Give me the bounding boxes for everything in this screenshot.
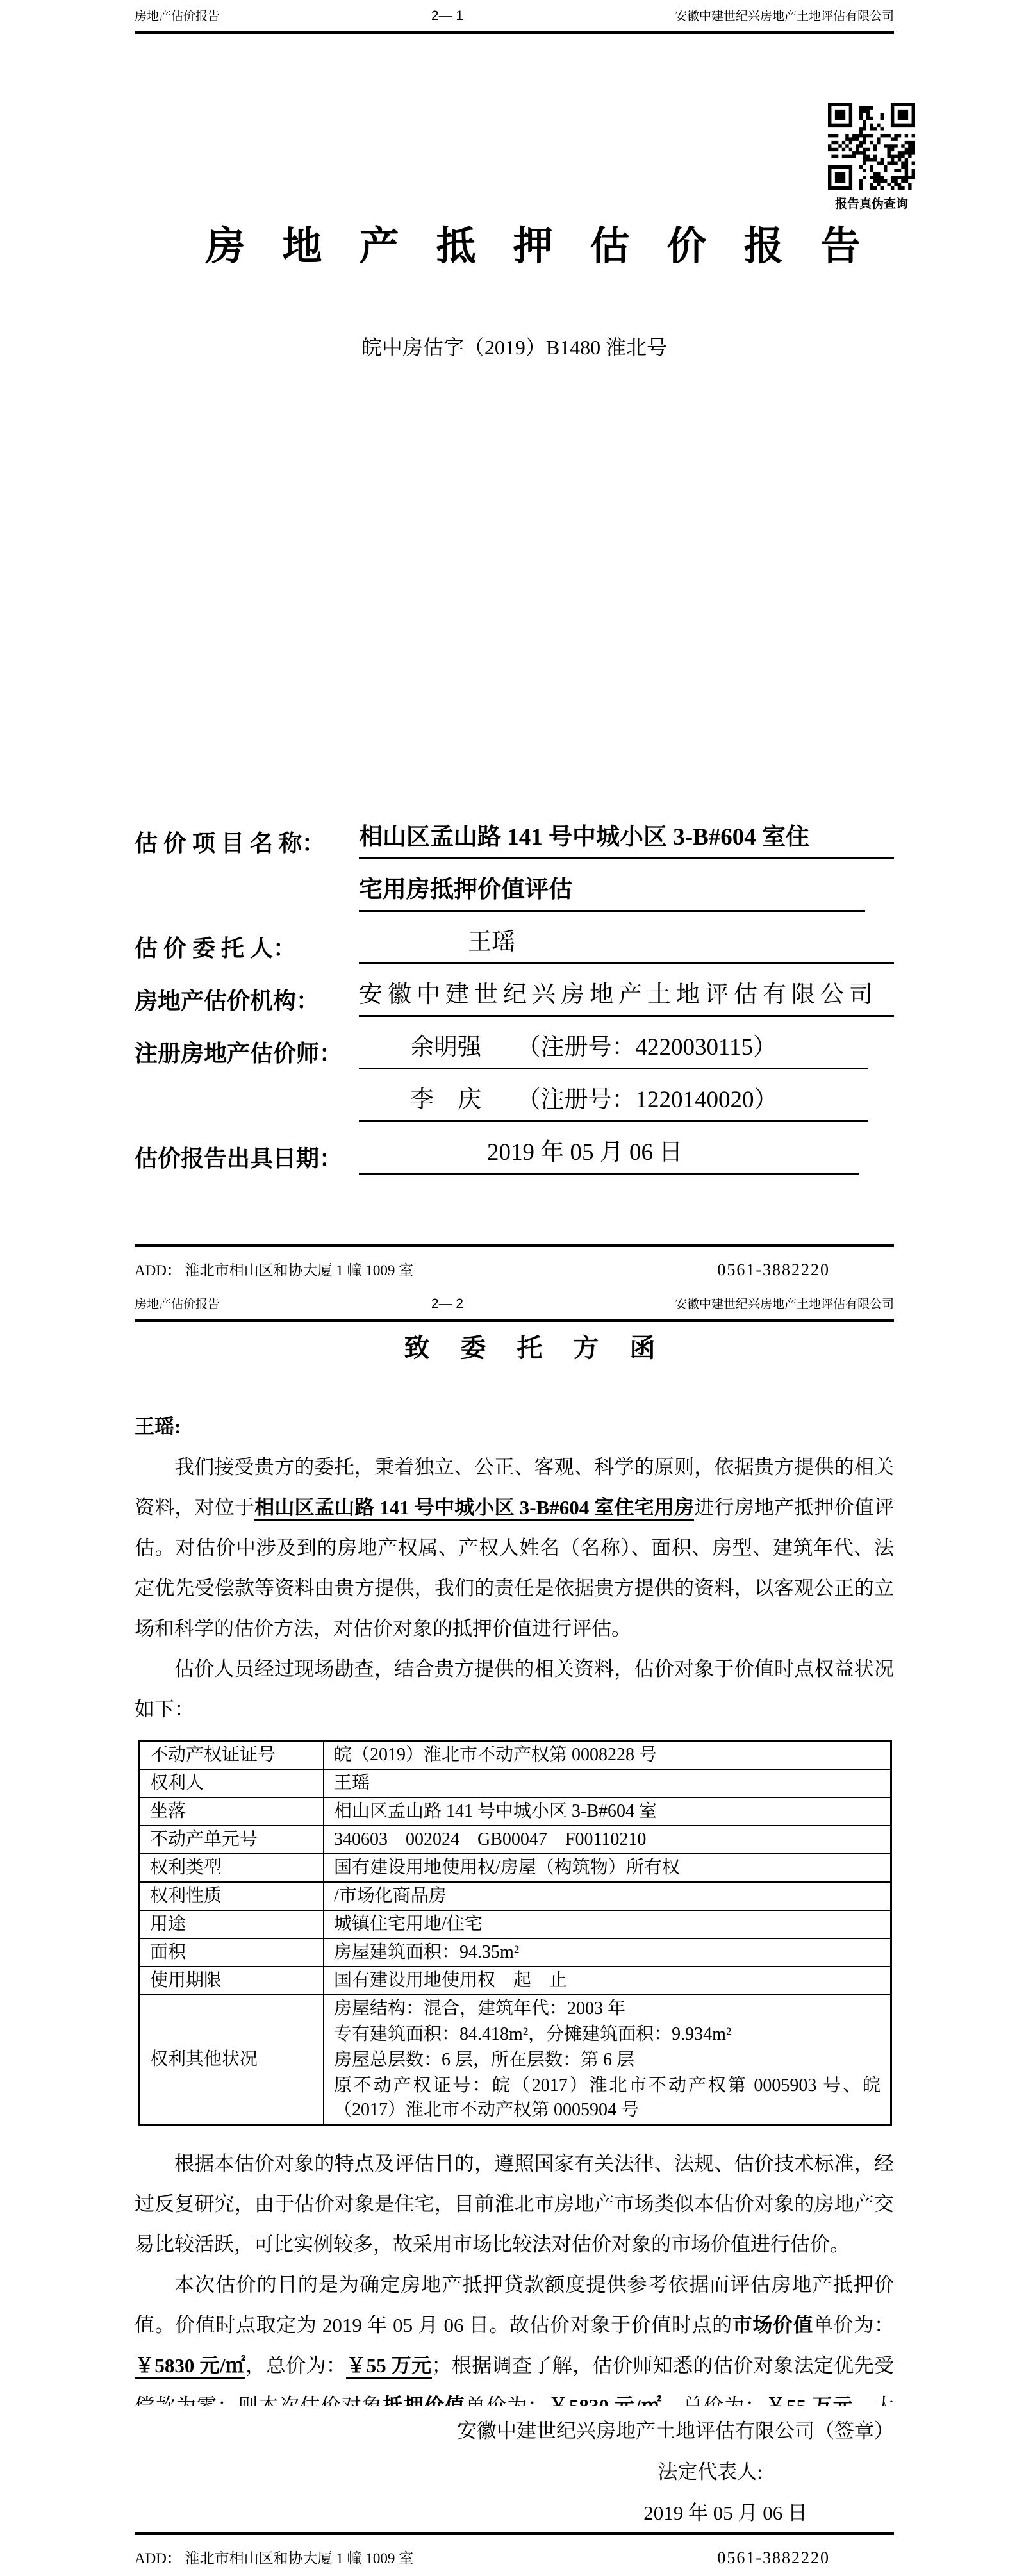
appraiser-row-2: 李 庆 （注册号：1220140020） xyxy=(135,1084,894,1122)
table-row: 不动产权证证号皖（2019）淮北市不动产权第 0008228 号 xyxy=(140,1741,891,1770)
header-company: 安徽中建世纪兴房地产土地评估有限公司 xyxy=(675,6,894,24)
project-name-row-2: 宅用房抵押价值评估 xyxy=(135,874,894,912)
table-row: 不动产单元号340603 002024 GB00047 F00110210 xyxy=(140,1826,891,1854)
row-label: 权利性质 xyxy=(140,1882,324,1910)
appraiser-2-value: 李 庆 （注册号：1220140020） xyxy=(359,1084,868,1122)
page-header: 房地产估价报告 2— 2 安徽中建世纪兴房地产土地评估有限公司 xyxy=(135,1294,894,1322)
appraiser-1-value: 余明强 （注册号：4220030115） xyxy=(359,1032,868,1069)
row-value: 相山区孟山路 141 号中城小区 3-B#604 室 xyxy=(324,1797,891,1826)
project-name-line1: 相山区孟山路 141 号中城小区 3-B#604 室住 xyxy=(359,822,894,859)
footer-address: ADD： 淮北市相山区和协大厦 1 幢 1009 室 xyxy=(135,2547,413,2568)
mortgage-value-term: 抵押价值 xyxy=(383,2395,465,2406)
row-label: 使用期限 xyxy=(140,1967,324,1995)
row-label: 不动产单元号 xyxy=(140,1826,324,1854)
client-row: 估 价 委 托 人： 王瑶 xyxy=(135,927,894,964)
row-value: 国有建设用地使用权 起 止 xyxy=(324,1967,891,1995)
paragraph-method: 根据本估价对象的特点及评估目的，遵照国家有关法律、法规、估价技术标准，经过反复研… xyxy=(135,2143,894,2265)
report-date-row: 估价报告出具日期： 2019 年 05 月 06 日 xyxy=(135,1137,894,1175)
paragraph-conclusion: 本次估价的目的是为确定房地产抵押贷款额度提供参考依据而评估房地产抵押价值。价值时… xyxy=(135,2265,894,2406)
signature-company: 安徽中建世纪兴房地产土地评估有限公司（签章） xyxy=(135,2411,894,2452)
row-value: 皖（2019）淮北市不动产权第 0008228 号 xyxy=(324,1741,891,1770)
text-segment: ，总价为： xyxy=(662,2395,765,2406)
paragraph-inspection: 估价人员经过现场勘查，结合贵方提供的相关资料，估价对象于价值时点权益状况如下： xyxy=(135,1649,894,1730)
qr-caption: 报告真伪查询 xyxy=(827,194,916,211)
client-label: 估 价 委 托 人： xyxy=(135,932,359,964)
text-segment: ，总价为： xyxy=(245,2354,346,2377)
row-label: 用途 xyxy=(140,1910,324,1938)
header-company: 安徽中建世纪兴房地产土地评估有限公司 xyxy=(675,1294,894,1312)
rights-line: 专有建筑面积：84.418m²，分摊建筑面积：9.934m² xyxy=(334,2022,881,2047)
row-value: 房屋建筑面积：94.35m² xyxy=(324,1938,891,1967)
rights-line: 房屋总层数：6 层，所在层数：第 6 层 xyxy=(334,2047,881,2073)
footer-phone: 0561-3882220 xyxy=(717,1260,830,1280)
report-number: 皖中房估字（2019）B1480 淮北号 xyxy=(135,331,894,361)
report-title: 房地产抵押估价报告 xyxy=(135,214,931,271)
row-value: 国有建设用地使用权/房屋（构筑物）所有权 xyxy=(324,1854,891,1882)
text-segment: 单价为： xyxy=(466,2395,549,2406)
agency-label: 房地产估价机构： xyxy=(135,985,359,1017)
report-date-value: 2019 年 05 月 06 日 xyxy=(359,1137,859,1175)
table-row: 权利人王瑶 xyxy=(140,1769,891,1797)
row-value: 房屋结构：混合，建筑年代：2003 年 专有建筑面积：84.418m²，分摊建筑… xyxy=(324,1995,891,2125)
unit-price-value: ￥5830 元/㎡ xyxy=(549,2395,663,2406)
table-row: 使用期限国有建设用地使用权 起 止 xyxy=(140,1967,891,1995)
property-rights-table: 不动产权证证号皖（2019）淮北市不动产权第 0008228 号 权利人王瑶 坐… xyxy=(138,1740,892,2126)
table-row: 坐落相山区孟山路 141 号中城小区 3-B#604 室 xyxy=(140,1797,891,1826)
table-row: 用途城镇住宅用地/住宅 xyxy=(140,1910,891,1938)
subject-property-highlight: 相山区孟山路 141 号中城小区 3-B#604 室住宅用房 xyxy=(254,1496,694,1521)
row-label: 面积 xyxy=(140,1938,324,1967)
report-date-label: 估价报告出具日期： xyxy=(135,1143,359,1175)
row-value: 城镇住宅用地/住宅 xyxy=(324,1910,891,1938)
row-value: 340603 002024 GB00047 F00110210 xyxy=(324,1826,891,1854)
salutation: 王瑶: xyxy=(135,1407,894,1447)
qr-code-icon xyxy=(827,103,916,190)
project-name-label: 估 价 项 目 名 称： xyxy=(135,827,359,859)
rights-line: 房屋结构：混合，建筑年代：2003 年 xyxy=(334,1996,881,2022)
client-value: 王瑶 xyxy=(359,927,894,964)
footer-phone: 0561-3882220 xyxy=(717,2548,830,2568)
legal-representative-label: 法定代表人: xyxy=(135,2452,894,2493)
header-page-number: 2— 2 xyxy=(431,1296,463,1312)
table-row: 权利性质/市场化商品房 xyxy=(140,1882,891,1910)
row-value: /市场化商品房 xyxy=(324,1882,891,1910)
letter-page: 房地产估价报告 2— 2 安徽中建世纪兴房地产土地评估有限公司 致委托方函 王瑶… xyxy=(0,1288,1017,2576)
letter-heading: 致委托方函 xyxy=(135,1328,925,1364)
row-label: 权利人 xyxy=(140,1769,324,1797)
agency-value: 安徽中建世纪兴房地产土地评估有限公司 xyxy=(359,979,894,1017)
page-header: 房地产估价报告 2— 1 安徽中建世纪兴房地产土地评估有限公司 xyxy=(135,6,894,34)
unit-price-value: ￥5830 元/㎡ xyxy=(135,2354,245,2379)
row-label: 不动产权证证号 xyxy=(140,1741,324,1770)
header-report-type: 房地产估价报告 xyxy=(135,6,220,24)
project-name-line2: 宅用房抵押价值评估 xyxy=(359,874,865,912)
signature-date: 2019 年 05 月 06 日 xyxy=(135,2493,894,2534)
row-label: 坐落 xyxy=(140,1797,324,1826)
cover-page: 房地产估价报告 2— 1 安徽中建世纪兴房地产土地评估有限公司 报告真伪查询 房… xyxy=(0,0,1017,1288)
rights-line: 原不动产权证号：皖（2017）淮北市不动产权第 0005903 号、皖（2017… xyxy=(334,2073,881,2123)
row-label: 权利类型 xyxy=(140,1854,324,1882)
page-footer: ADD： 淮北市相山区和协大厦 1 幢 1009 室 0561-3882220 xyxy=(135,1244,894,1280)
header-report-type: 房地产估价报告 xyxy=(135,1294,220,1312)
appraiser-label: 注册房地产估价师： xyxy=(135,1037,359,1069)
signature-block: 安徽中建世纪兴房地产土地评估有限公司（签章） 法定代表人: 2019 年 05 … xyxy=(135,2411,894,2534)
market-value-term: 市场价值 xyxy=(732,2314,813,2336)
letter-body: 王瑶: 我们接受贵方的委托，秉着独立、公正、客观、科学的原则，依据贵方提供的相关… xyxy=(135,1407,894,2406)
header-page-number: 2— 1 xyxy=(431,8,463,24)
project-name-row: 估 价 项 目 名 称： 相山区孟山路 141 号中城小区 3-B#604 室住 xyxy=(135,822,894,859)
footer-address: ADD： 淮北市相山区和协大厦 1 幢 1009 室 xyxy=(135,1259,413,1280)
page-footer: ADD： 淮北市相山区和协大厦 1 幢 1009 室 0561-3882220 xyxy=(135,2532,894,2568)
row-value: 王瑶 xyxy=(324,1769,891,1797)
table-row: 面积房屋建筑面积：94.35m² xyxy=(140,1938,891,1967)
paragraph-commission: 我们接受贵方的委托，秉着独立、公正、客观、科学的原则，依据贵方提供的相关资料，对… xyxy=(135,1447,894,1649)
agency-row: 房地产估价机构： 安徽中建世纪兴房地产土地评估有限公司 xyxy=(135,979,894,1017)
total-price-value: ￥55 万元 xyxy=(766,2395,854,2406)
total-price-value: ￥55 万元 xyxy=(346,2354,431,2379)
table-row-other-rights: 权利其他状况 房屋结构：混合，建筑年代：2003 年 专有建筑面积：84.418… xyxy=(140,1995,891,2125)
text-segment: 单价为： xyxy=(813,2314,894,2336)
row-label: 权利其他状况 xyxy=(140,1995,324,2125)
table-row: 权利类型国有建设用地使用权/房屋（构筑物）所有权 xyxy=(140,1854,891,1882)
report-verification-block: 报告真伪查询 xyxy=(827,103,916,211)
appraiser-row-1: 注册房地产估价师： 余明强 （注册号：4220030115） xyxy=(135,1032,894,1069)
cover-fields: 估 价 项 目 名 称： 相山区孟山路 141 号中城小区 3-B#604 室住… xyxy=(135,822,894,1189)
